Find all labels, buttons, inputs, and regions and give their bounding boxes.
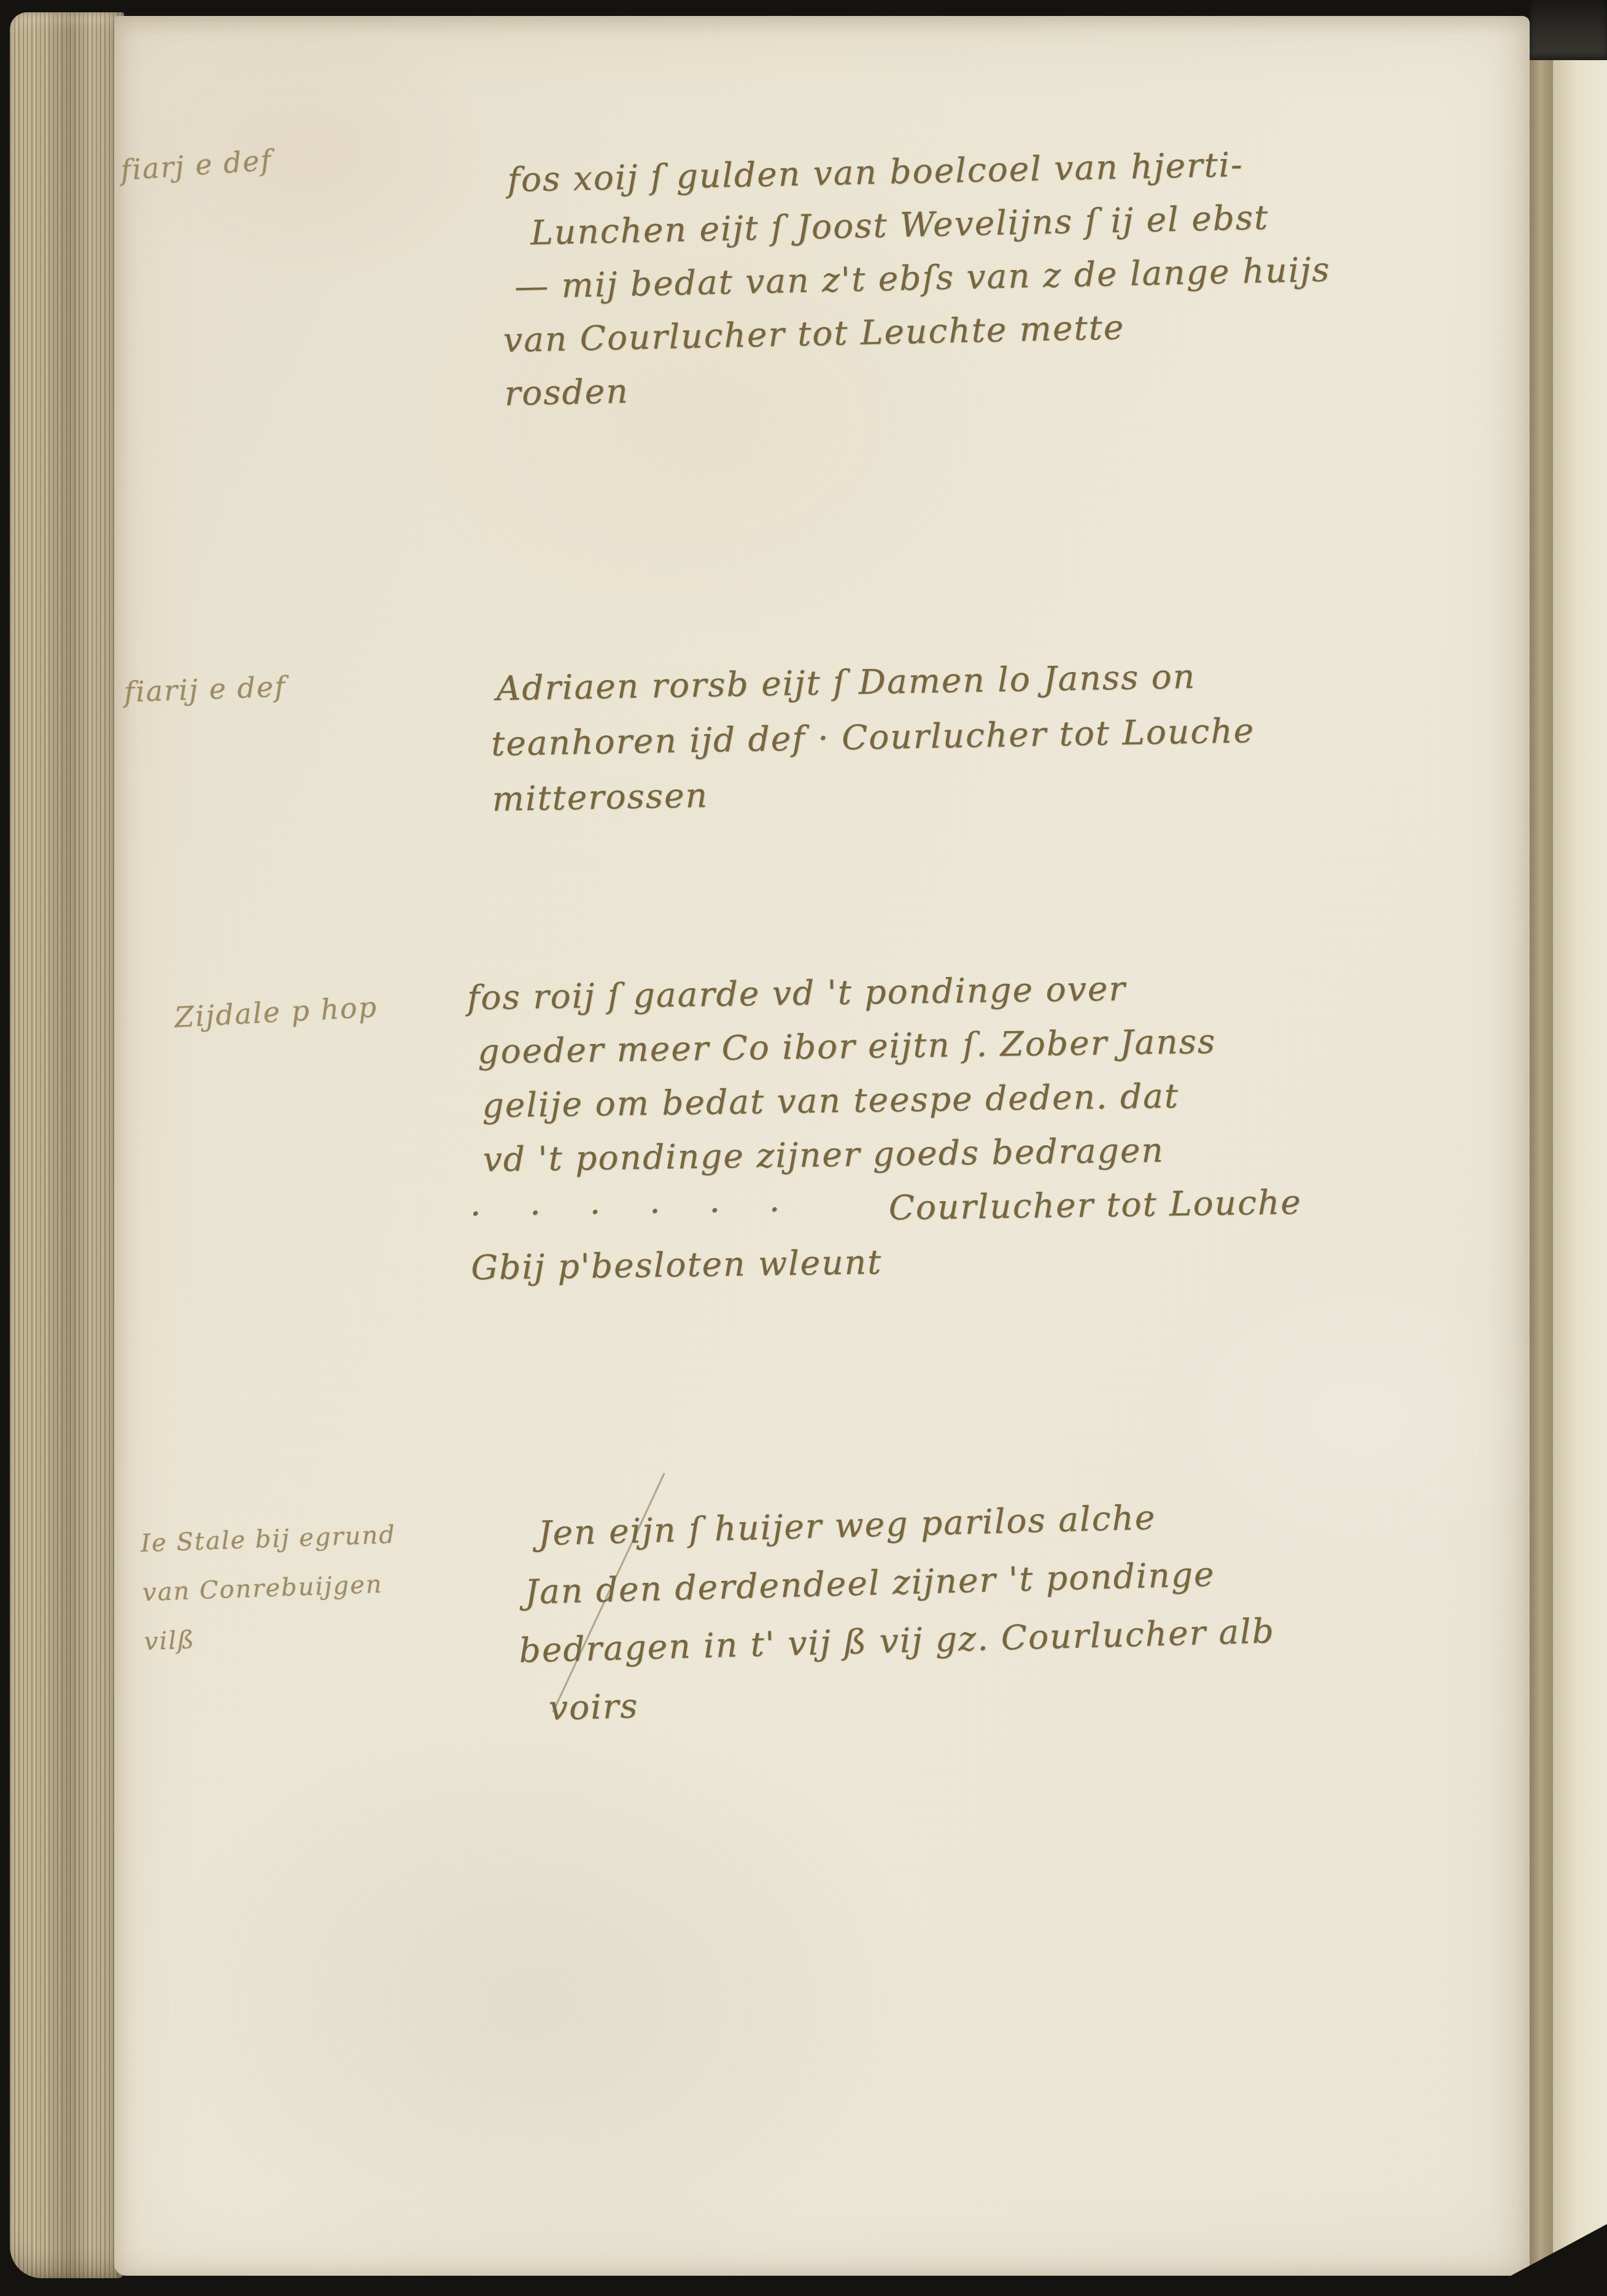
entry-body: Adriaen rorsb eijt ſ Damen lo Janss on t… xyxy=(490,647,1257,827)
entry-body: fos xoij ſ gulden van boelcoel van hjert… xyxy=(500,136,1333,420)
margin-note-line: fiarij e def xyxy=(123,670,287,708)
margin-note-line: van Conrebuijgen xyxy=(142,1560,398,1617)
margin-note: fiarij e def xyxy=(123,670,287,708)
margin-note-line: Ie Stale bij egrund xyxy=(140,1510,397,1568)
facing-page-edge xyxy=(1553,0,1607,2296)
gutter-shadow xyxy=(1530,14,1553,2296)
book-fore-edge-stack xyxy=(10,12,124,2278)
binding-cloth-corner xyxy=(1530,0,1607,60)
margin-note-line: vilß xyxy=(144,1609,400,1666)
entry-body: Jen eijn ſ huijer weg parilos alche Jan … xyxy=(522,1485,1277,1738)
handwritten-line: gelije om bedat van teespe deden. dat xyxy=(482,1067,1301,1133)
margin-note: Ie Stale bij egrund van Conrebuijgen vil… xyxy=(140,1510,400,1666)
manuscript-photo: fiarj e def fos xoij ſ gulden van boelco… xyxy=(0,0,1607,2296)
entry-body: fos roij ſ gaarde vd 't pondinge over go… xyxy=(467,959,1303,1295)
